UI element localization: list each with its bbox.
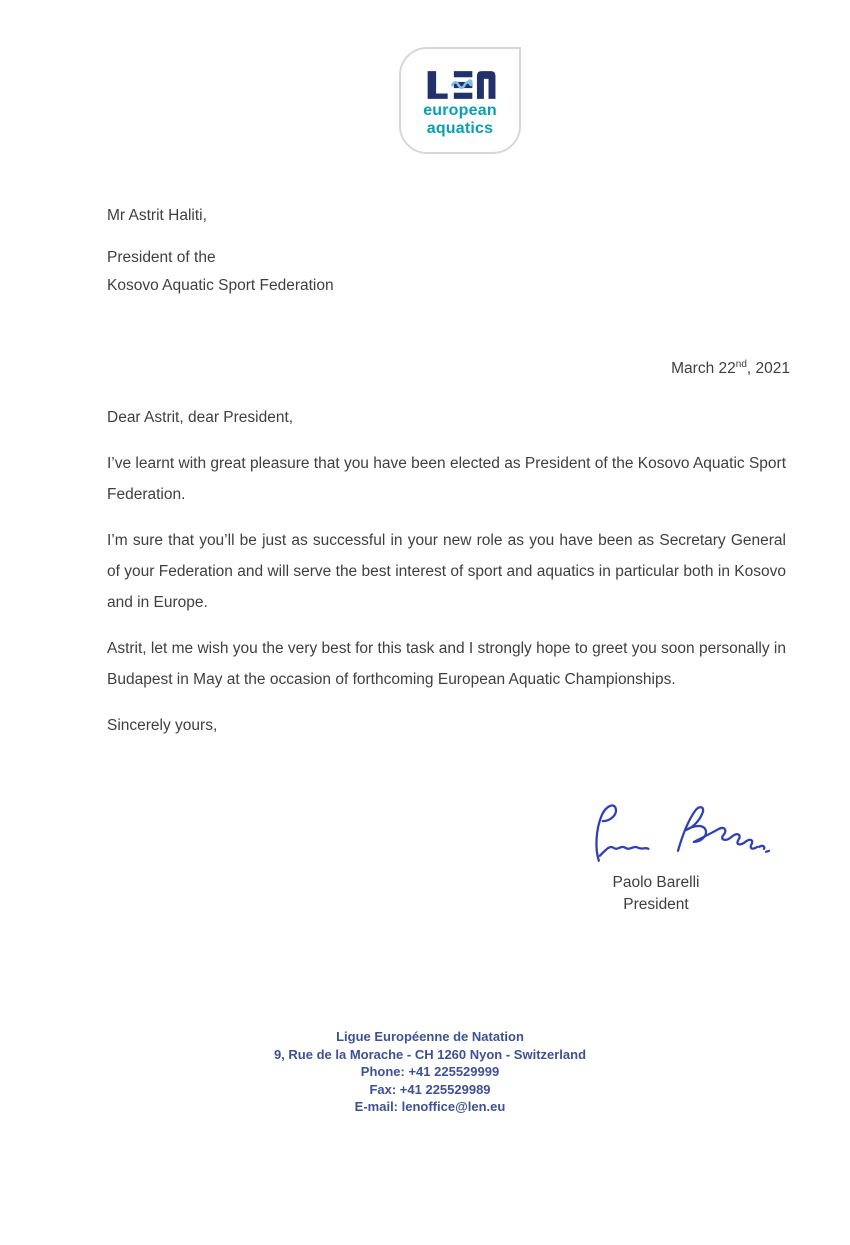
recipient-organization: Kosovo Aquatic Sport Federation <box>107 272 334 300</box>
letter-page: european aquatics Mr Astrit Haliti, Pres… <box>0 0 850 1245</box>
footer-email: E-mail: lenoffice@len.eu <box>0 1098 850 1116</box>
letter-body: Dear Astrit, dear President, I’ve learnt… <box>107 402 786 756</box>
letter-date: March 22nd, 2021 <box>671 360 790 378</box>
signatory-title: President <box>570 894 742 916</box>
date-ordinal: nd <box>736 359 747 370</box>
recipient-name: Mr Astrit Haliti, <box>107 206 334 226</box>
len-wordmark-icon <box>423 69 497 101</box>
logo-tagline-aquatics: aquatics <box>427 121 494 137</box>
footer-address: 9, Rue de la Morache - CH 1260 Nyon - Sw… <box>0 1046 850 1064</box>
body-paragraph-2: I’m sure that you’ll be just as successf… <box>107 525 786 618</box>
salutation: Dear Astrit, dear President, <box>107 402 786 433</box>
signatory-name: Paolo Barelli <box>570 872 742 894</box>
footer-organization: Ligue Européenne de Natation <box>0 1028 850 1046</box>
date-year: , 2021 <box>747 360 790 377</box>
recipient-block: Mr Astrit Haliti, President of the Kosov… <box>107 206 334 300</box>
body-paragraph-3: Astrit, let me wish you the very best fo… <box>107 633 786 695</box>
date-day: March 22 <box>671 360 736 377</box>
signature-icon <box>583 798 771 872</box>
len-logo: european aquatics <box>399 47 521 154</box>
footer-block: Ligue Européenne de Natation 9, Rue de l… <box>0 1028 850 1116</box>
logo-tagline-european: european <box>423 103 497 119</box>
closing: Sincerely yours, <box>107 710 786 741</box>
footer-phone: Phone: +41 225529999 <box>0 1063 850 1081</box>
footer-fax: Fax: +41 225529989 <box>0 1081 850 1099</box>
recipient-title: President of the <box>107 244 334 272</box>
body-paragraph-1: I’ve learnt with great pleasure that you… <box>107 448 786 510</box>
signatory-block: Paolo Barelli President <box>570 872 742 916</box>
